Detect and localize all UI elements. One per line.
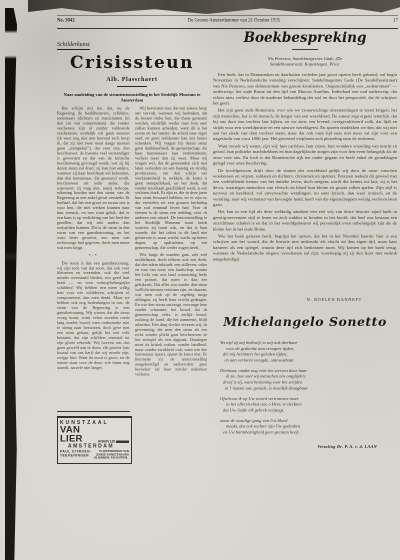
article-author: Alb. Plasschaert — [57, 77, 207, 83]
stanza: Ofschoon ik op Uw woord vertrouwen moet … — [213, 396, 397, 414]
paper-title: De Groene Amsterdammer van 21 October 19… — [188, 18, 280, 23]
page-number: 17 — [393, 18, 398, 23]
paragraph: Een boek, dat in Denemarken en daarbuite… — [213, 72, 397, 106]
advert-city: AMSTERDAM — [68, 443, 129, 449]
advert-tagline: KUNSTWERKEN VAN JONGE KUNSTENAARS IN BIN… — [94, 450, 129, 460]
masthead: No. 3042 De Groene Amsterdammer van 21 O… — [57, 15, 398, 28]
book-citation: Nis Petersen, Sandelmagernes Gade. (De S… — [213, 56, 397, 68]
sonnet-poem: Terwijl zij mij bedroeft, is mij ook die… — [213, 340, 397, 440]
asterisk-separator: *·* — [57, 253, 130, 258]
issue-number: No. 3042 — [57, 18, 75, 23]
paragraph: Want zooals wij weten, zijn wij: hun car… — [213, 143, 397, 166]
review-body: Een boek, dat in Denemarken en daarbuite… — [213, 72, 397, 293]
column-end-rule — [57, 411, 130, 412]
rubric-label: Schilderkunst — [57, 42, 90, 50]
sonnet-title: Michelangelo Sonetto — [213, 314, 397, 329]
article-crisissteun: Schilderkunst Crisissteun Alb. Plasschae… — [57, 33, 207, 464]
column-1: Het schijnt mij toe, dat, nu de Regeerin… — [57, 106, 130, 464]
scan-edge-artifact — [5, 8, 17, 560]
masthead-rule — [57, 28, 398, 29]
newspaper-page: No. 3042 De Groene Amsterdammer van 21 O… — [0, 0, 400, 560]
author-rule — [117, 86, 147, 87]
advert-address: ROKIN 126 — [98, 440, 129, 444]
paragraph: Het schijnt mij toe, dat, nu de Regeerin… — [57, 106, 130, 251]
stanza: maar de onzalige gang van Uw bloed maakt… — [213, 418, 397, 436]
scan-top-smudge-artifact — [28, 0, 400, 14]
review-signature: N. BOELEN RANNEFT — [213, 297, 397, 305]
stanza: Dierbaar, omdat nog vóór het sterven doo… — [213, 368, 397, 391]
article-boekbespreking: Boekbespreking Nis Petersen, Sandelmager… — [213, 31, 397, 452]
paragraph: Die steun is dus een gunstbetooning; wij… — [57, 260, 130, 370]
stanza: Terwijl zij mij bedroeft, is mij ook die… — [213, 340, 397, 363]
ink-smudge — [116, 440, 129, 443]
paragraph: Wie het boek gelezen heeft, begrijpt het… — [213, 233, 397, 262]
article-title: Crisissteun — [57, 55, 207, 72]
section-title: Boekbespreking — [213, 31, 397, 46]
paragraph: Wie langs de wanden gaat, ziet veel midd… — [135, 252, 208, 377]
paragraph: Het kan in een tijd als deze weldadig aa… — [213, 209, 397, 232]
advert-exhibition: PAUL CITROEN TEEKENINGEN — [60, 450, 90, 460]
column-2: Wij betwisten niet, dat een zekere hoop … — [135, 106, 208, 464]
article-lead: Naar aanleiding van de steuntentoonstell… — [57, 92, 207, 103]
section-ornament-rule — [292, 49, 318, 50]
translator-credit: Vertaling Dr. P. A. v. d. LAAN — [213, 444, 397, 452]
paragraph: Het zijn geen oude Romeinen, over wie we… — [213, 108, 397, 142]
advert-kunstzaal-van-lier: KUNSTZAAL VAN LIER ROKIN 126 AMSTERDAM P… — [57, 416, 132, 464]
paragraph: Wij betwisten niet, dat een zekere hoop … — [135, 106, 208, 251]
paragraph: De hoofdpersoon drijft door de straten d… — [213, 168, 397, 208]
advert-name: VAN LIER — [60, 425, 97, 443]
article-columns: Het schijnt mij toe, dat, nu de Regeerin… — [57, 106, 207, 464]
